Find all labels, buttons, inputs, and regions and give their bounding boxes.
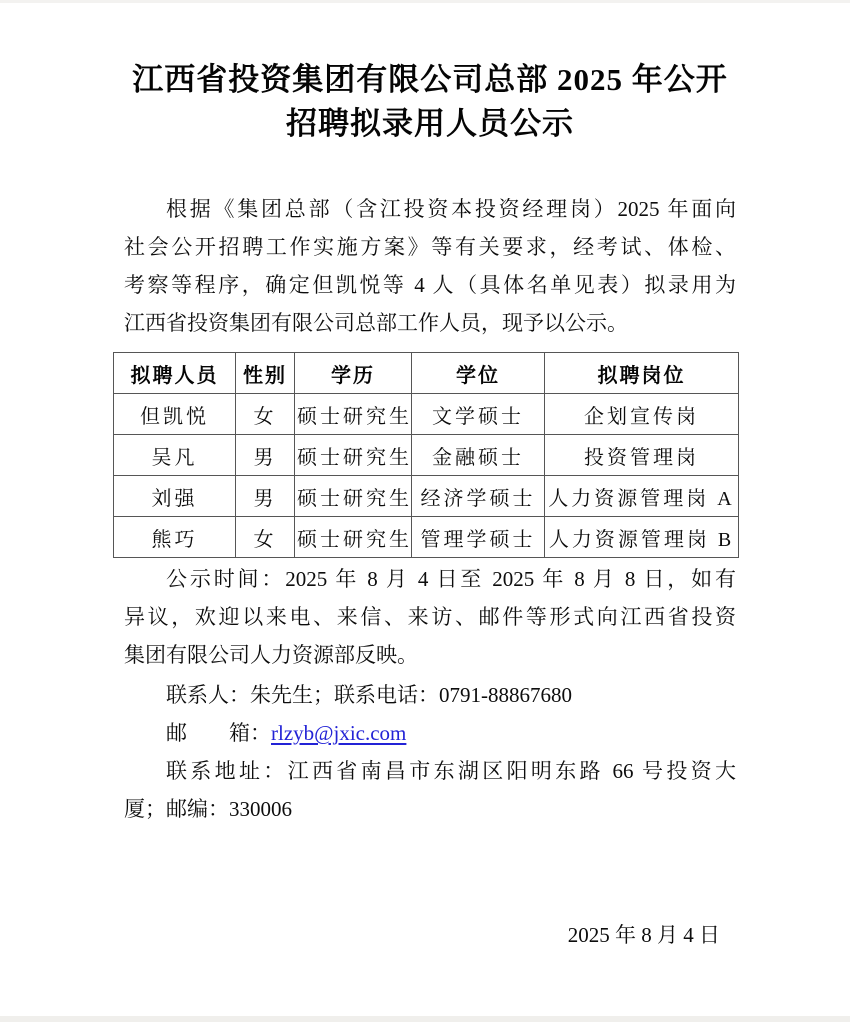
table-row: 吴凡男硕士研究生金融硕士投资管理岗 <box>114 435 739 476</box>
text-line: 联系地址：江西省南昌市东湖区阳明东路 66 号投资大 <box>124 752 736 790</box>
table-cell: 男 <box>236 435 295 476</box>
table-cell: 刘强 <box>114 476 236 517</box>
candidates-table: 拟聘人员性别学历学位拟聘岗位 但凯悦女硕士研究生文学硕士企划宣传岗吴凡男硕士研究… <box>113 352 739 558</box>
column-header: 拟聘人员 <box>114 353 236 394</box>
text-line: 异议，欢迎以来电、来信、来访、邮件等形式向江西省投资 <box>124 598 736 636</box>
table-cell: 人力资源管理岗 A <box>545 476 739 517</box>
table-cell: 男 <box>236 476 295 517</box>
contact-address: 联系地址：江西省南昌市东湖区阳明东路 66 号投资大厦；邮编：330006 <box>124 752 736 828</box>
text-line: 集团有限公司人力资源部反映。 <box>124 636 736 674</box>
table-cell: 人力资源管理岗 B <box>545 517 739 558</box>
text-line: 社会公开招聘工作实施方案》等有关要求，经考试、体检、 <box>124 228 736 266</box>
column-header: 学历 <box>295 353 412 394</box>
text-line: 公示时间：2025 年 8 月 4 日至 2025 年 8 月 8 日，如有 <box>124 560 736 598</box>
page-title: 江西省投资集团有限公司总部 2025 年公开 招聘拟录用人员公示 <box>124 58 736 146</box>
table-header-row: 拟聘人员性别学历学位拟聘岗位 <box>114 353 739 394</box>
document-date: 2025 年 8 月 4 日 <box>124 916 736 954</box>
candidates-table-body: 但凯悦女硕士研究生文学硕士企划宣传岗吴凡男硕士研究生金融硕士投资管理岗刘强男硕士… <box>114 394 739 558</box>
table-cell: 管理学硕士 <box>412 517 545 558</box>
email-label: 邮 箱： <box>166 721 271 745</box>
table-cell: 熊巧 <box>114 517 236 558</box>
notice-paragraph: 公示时间：2025 年 8 月 4 日至 2025 年 8 月 8 日，如有异议… <box>124 560 736 674</box>
table-cell: 硕士研究生 <box>295 435 412 476</box>
table-cell: 经济学硕士 <box>412 476 545 517</box>
table-cell: 投资管理岗 <box>545 435 739 476</box>
email-link[interactable]: rlzyb@jxic.com <box>271 721 406 745</box>
text-line: 考察等程序，确定但凯悦等 4 人（具体名单见表）拟录用为 <box>124 266 736 304</box>
table-cell: 金融硕士 <box>412 435 545 476</box>
candidates-table-header: 拟聘人员性别学历学位拟聘岗位 <box>114 353 739 394</box>
table-cell: 硕士研究生 <box>295 476 412 517</box>
contact-email-line: 邮 箱：rlzyb@jxic.com <box>124 714 736 752</box>
column-header: 性别 <box>236 353 295 394</box>
page-title-line-2: 招聘拟录用人员公示 <box>124 102 736 146</box>
text-line: 江西省投资集团有限公司总部工作人员，现予以公示。 <box>124 304 736 342</box>
page-title-line-1: 江西省投资集团有限公司总部 2025 年公开 <box>124 58 736 102</box>
intro-paragraph: 根据《集团总部（含江投资本投资经理岗）2025 年面向社会公开招聘工作实施方案》… <box>124 190 736 342</box>
document-page: 江西省投资集团有限公司总部 2025 年公开 招聘拟录用人员公示 根据《集团总部… <box>0 0 850 1022</box>
column-header: 拟聘岗位 <box>545 353 739 394</box>
table-row: 熊巧女硕士研究生管理学硕士人力资源管理岗 B <box>114 517 739 558</box>
table-cell: 企划宣传岗 <box>545 394 739 435</box>
table-cell: 但凯悦 <box>114 394 236 435</box>
table-cell: 硕士研究生 <box>295 394 412 435</box>
table-cell: 文学硕士 <box>412 394 545 435</box>
column-header: 学位 <box>412 353 545 394</box>
table-cell: 女 <box>236 394 295 435</box>
table-row: 刘强男硕士研究生经济学硕士人力资源管理岗 A <box>114 476 739 517</box>
text-line: 厦；邮编：330006 <box>124 790 736 828</box>
contact-person-line: 联系人：朱先生；联系电话：0791-88867680 <box>124 676 736 714</box>
table-cell: 女 <box>236 517 295 558</box>
document-content: 江西省投资集团有限公司总部 2025 年公开 招聘拟录用人员公示 根据《集团总部… <box>0 58 850 954</box>
table-cell: 吴凡 <box>114 435 236 476</box>
table-cell: 硕士研究生 <box>295 517 412 558</box>
table-row: 但凯悦女硕士研究生文学硕士企划宣传岗 <box>114 394 739 435</box>
text-line: 根据《集团总部（含江投资本投资经理岗）2025 年面向 <box>124 190 736 228</box>
